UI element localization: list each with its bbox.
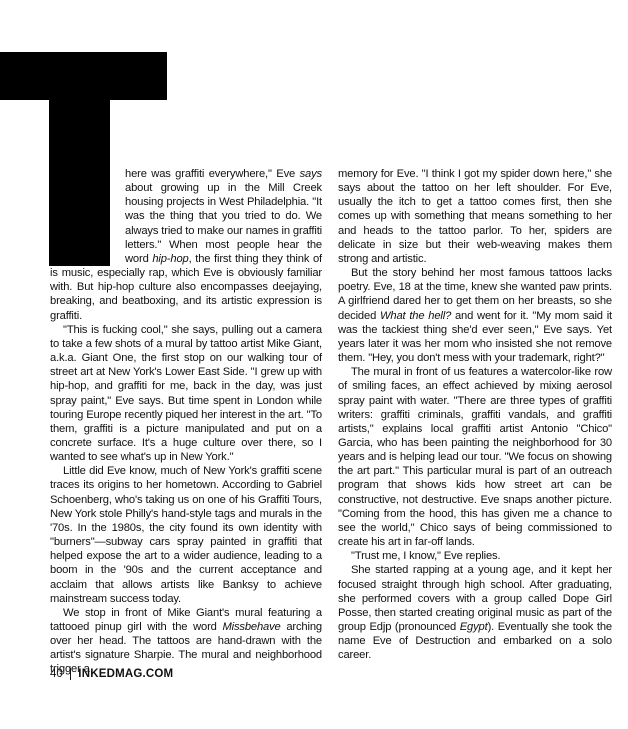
paragraph-5: memory for Eve. "I think I got my spider… (338, 167, 612, 266)
paragraph-7: The mural in front of us features a wate… (338, 365, 612, 549)
italic-run: Missbehave (222, 621, 280, 633)
italic-run: hip-hop (152, 253, 188, 265)
paragraph-6: But the story behind her most famous tat… (338, 266, 612, 365)
paragraph-3: Little did Eve know, much of New York's … (50, 464, 322, 606)
article-column-right: memory for Eve. "I think I got my spider… (338, 167, 612, 662)
italic-run: Egypt (460, 621, 488, 633)
paragraph-8: "Trust me, I know," Eve replies. (338, 549, 612, 563)
page-footer: 40 INKEDMAG.COM (50, 667, 173, 681)
footer-divider (70, 668, 72, 680)
paragraph-9: She started rapping at a young age, and … (338, 563, 612, 662)
italic-run: says (300, 168, 322, 180)
paragraph-1: here was graffiti everywhere," Eve says … (50, 167, 322, 323)
magazine-page: here was graffiti everywhere," Eve says … (0, 0, 628, 729)
article-column-left: here was graffiti everywhere," Eve says … (50, 167, 322, 677)
site-name: INKEDMAG.COM (78, 667, 173, 681)
text-run: here was graffiti everywhere," Eve (125, 168, 300, 180)
paragraph-4: We stop in front of Mike Giant's mural f… (50, 606, 322, 677)
paragraph-2: "This is fucking cool," she says, pullin… (50, 323, 322, 465)
drop-cap-bar (0, 52, 167, 100)
italic-run: What the hell? (380, 310, 451, 322)
page-number: 40 (50, 667, 63, 681)
drop-cap-space (50, 167, 125, 266)
